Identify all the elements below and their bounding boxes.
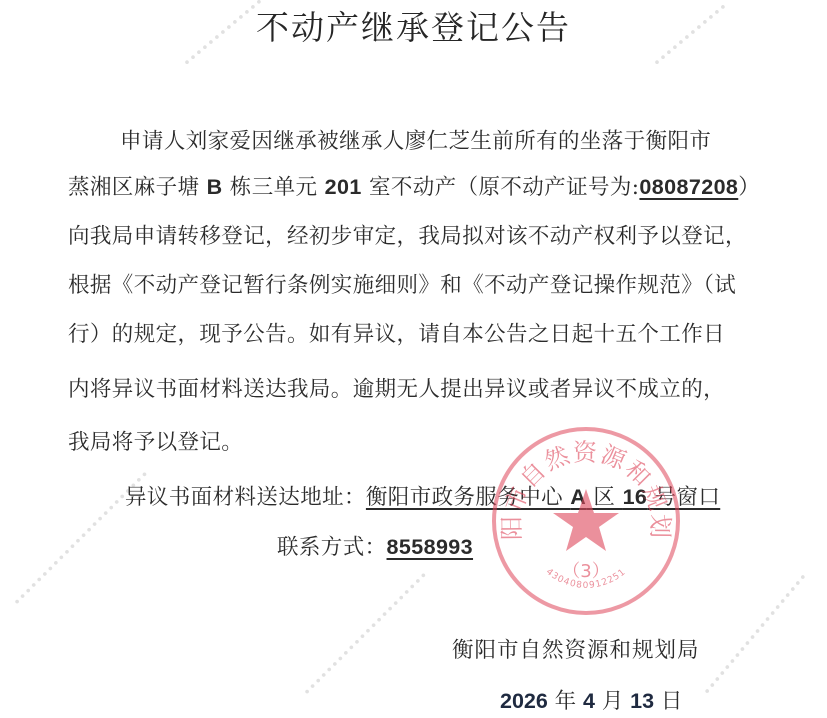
paragraph-text: 内将异议书面材料送达我局。逾期无人提出异议或者异议不成立的， <box>68 377 725 402</box>
contact-line: 联系方式：8558993 <box>277 530 473 561</box>
paragraph-text: 蒸湘区麻子塘 <box>68 175 207 200</box>
official-seal: 衡阳市自然资源和规划局 （3） 4304080912251 <box>492 427 680 615</box>
paragraph-line-6: 内将异议书面材料送达我局。逾期无人提出异议或者异议不成立的， <box>68 372 725 403</box>
paragraph-text: 栋三单元 <box>223 175 325 200</box>
issue-date: 2026 年 4 月 13 日 <box>500 684 682 715</box>
document-title: 不动产继承登记公告 <box>0 2 827 49</box>
paragraph-text: 室不动产（原不动产证号为: <box>362 175 640 200</box>
paragraph-text: 申请人刘家爱因继承被继承人廖仁芝生前所有的坐落于衡阳市 <box>120 129 711 154</box>
date-year-unit: 年 <box>548 689 583 714</box>
seal-number: （3） <box>562 561 609 582</box>
paragraph-text: 向我局申请转移登记，经初步审定，我局拟对该不动产权利予以登记， <box>68 224 747 249</box>
address-text: 衡阳市政务服务中心 <box>366 485 570 510</box>
date-month: 4 <box>583 689 595 713</box>
paragraph-line-4: 根据《不动产登记暂行条例实施细则》和《不动产登记操作规范》（试 <box>68 268 736 299</box>
watermark: •••••••••••••••••••••• <box>300 568 432 700</box>
date-month-unit: 月 <box>595 689 630 714</box>
paragraph-text: 根据《不动产登记暂行条例实施细则》和《不动产登记操作规范》（试 <box>68 273 736 298</box>
paragraph-text: 我局将予以登记。 <box>68 430 243 455</box>
address-text: 号窗口 <box>647 485 720 510</box>
paragraph-text: ） <box>738 175 760 200</box>
paragraph-line-2: 蒸湘区麻子塘 B 栋三单元 201 室不动产（原不动产证号为:08087208） <box>68 170 760 201</box>
address-text: 区 <box>586 485 622 510</box>
zone-letter: A <box>570 485 586 509</box>
contact-phone: 8558993 <box>387 535 474 559</box>
date-year: 2026 <box>500 689 548 713</box>
seal-code: 4304080912251 <box>544 567 628 591</box>
paragraph-text: 行）的规定，现予公告。如有异议，请自本公告之日起十五个工作日 <box>68 322 725 347</box>
paragraph-line-3: 向我局申请转移登记，经初步审定，我局拟对该不动产权利予以登记， <box>68 219 747 250</box>
date-day-unit: 日 <box>654 689 682 714</box>
certificate-number: 08087208 <box>639 175 738 199</box>
address-value: 衡阳市政务服务中心 A 区 16 号窗口 <box>366 485 720 510</box>
window-number: 16 <box>623 485 648 509</box>
room-number: 201 <box>325 175 362 199</box>
svg-text:4304080912251: 4304080912251 <box>544 567 628 591</box>
building-letter: B <box>207 175 223 199</box>
paragraph-line-7: 我局将予以登记。 <box>68 425 243 456</box>
paragraph-line-5: 行）的规定，现予公告。如有异议，请自本公告之日起十五个工作日 <box>68 317 725 348</box>
seal-graphic: 衡阳市自然资源和规划局 （3） 4304080912251 <box>496 431 676 611</box>
date-day: 13 <box>630 689 654 713</box>
issuing-authority: 衡阳市自然资源和规划局 <box>452 633 700 664</box>
address-line: 异议书面材料送达地址：衡阳市政务服务中心 A 区 16 号窗口 <box>125 480 720 511</box>
paragraph-line-1: 申请人刘家爱因继承被继承人廖仁芝生前所有的坐落于衡阳市 <box>120 124 711 155</box>
contact-label: 联系方式： <box>277 535 387 560</box>
address-label: 异议书面材料送达地址： <box>125 485 366 510</box>
watermark: •••••••••••••••••••• <box>700 570 812 700</box>
